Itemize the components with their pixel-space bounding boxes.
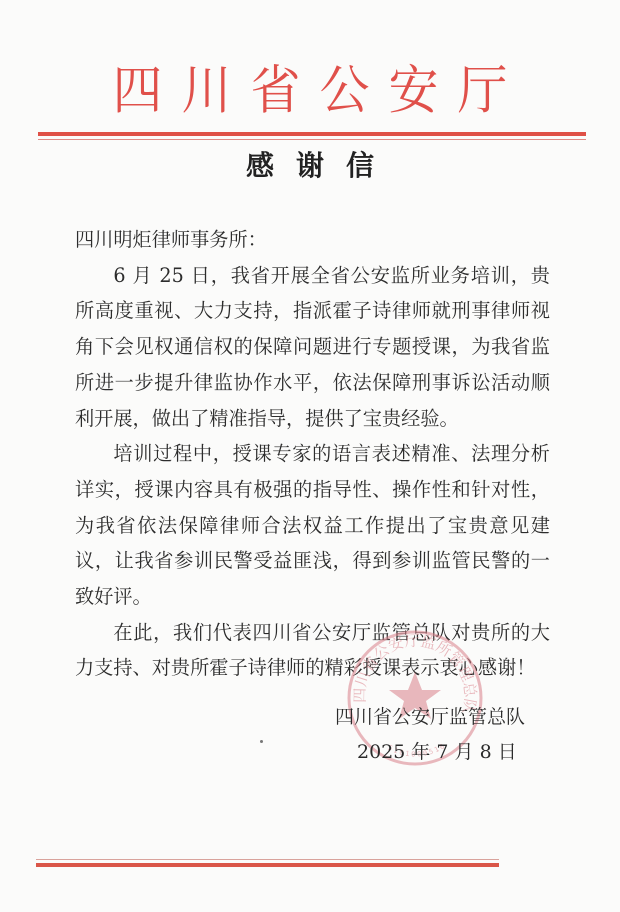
footer-rule-thick xyxy=(36,863,499,867)
issuer-heading: 四川省公安厅 xyxy=(0,61,620,120)
paragraph-2: 培训过程中，授课专家的语言表述精准、法理分析详实，授课内容具有极强的指导性、操作… xyxy=(75,436,550,615)
letter-body: 四川明炬律师事务所： 6 月 25 日，我省开展全省公安监所业务培训，贵所高度重… xyxy=(75,222,550,686)
signing-organization: 四川省公安厅监管总队 xyxy=(330,700,570,735)
document-title: 感谢信 xyxy=(0,148,620,184)
signature-block: 四川省公安厅监管总队 2025 年 7 月 8 日 xyxy=(330,700,570,770)
footer-rule-thin xyxy=(36,859,499,860)
signing-date: 2025 年 7 月 8 日 xyxy=(330,735,570,770)
paragraph-1: 6 月 25 日，我省开展全省公安监所业务培训，贵所高度重视、大力支持，指派霍子… xyxy=(75,258,550,437)
letter-page: 四川省公安厅 感谢信 四川明炬律师事务所： 6 月 25 日，我省开展全省公安监… xyxy=(0,0,620,912)
salutation: 四川明炬律师事务所： xyxy=(75,222,550,258)
header-rule-thin xyxy=(38,139,586,140)
header-rule-thick xyxy=(38,132,586,136)
scan-speck xyxy=(260,740,263,743)
